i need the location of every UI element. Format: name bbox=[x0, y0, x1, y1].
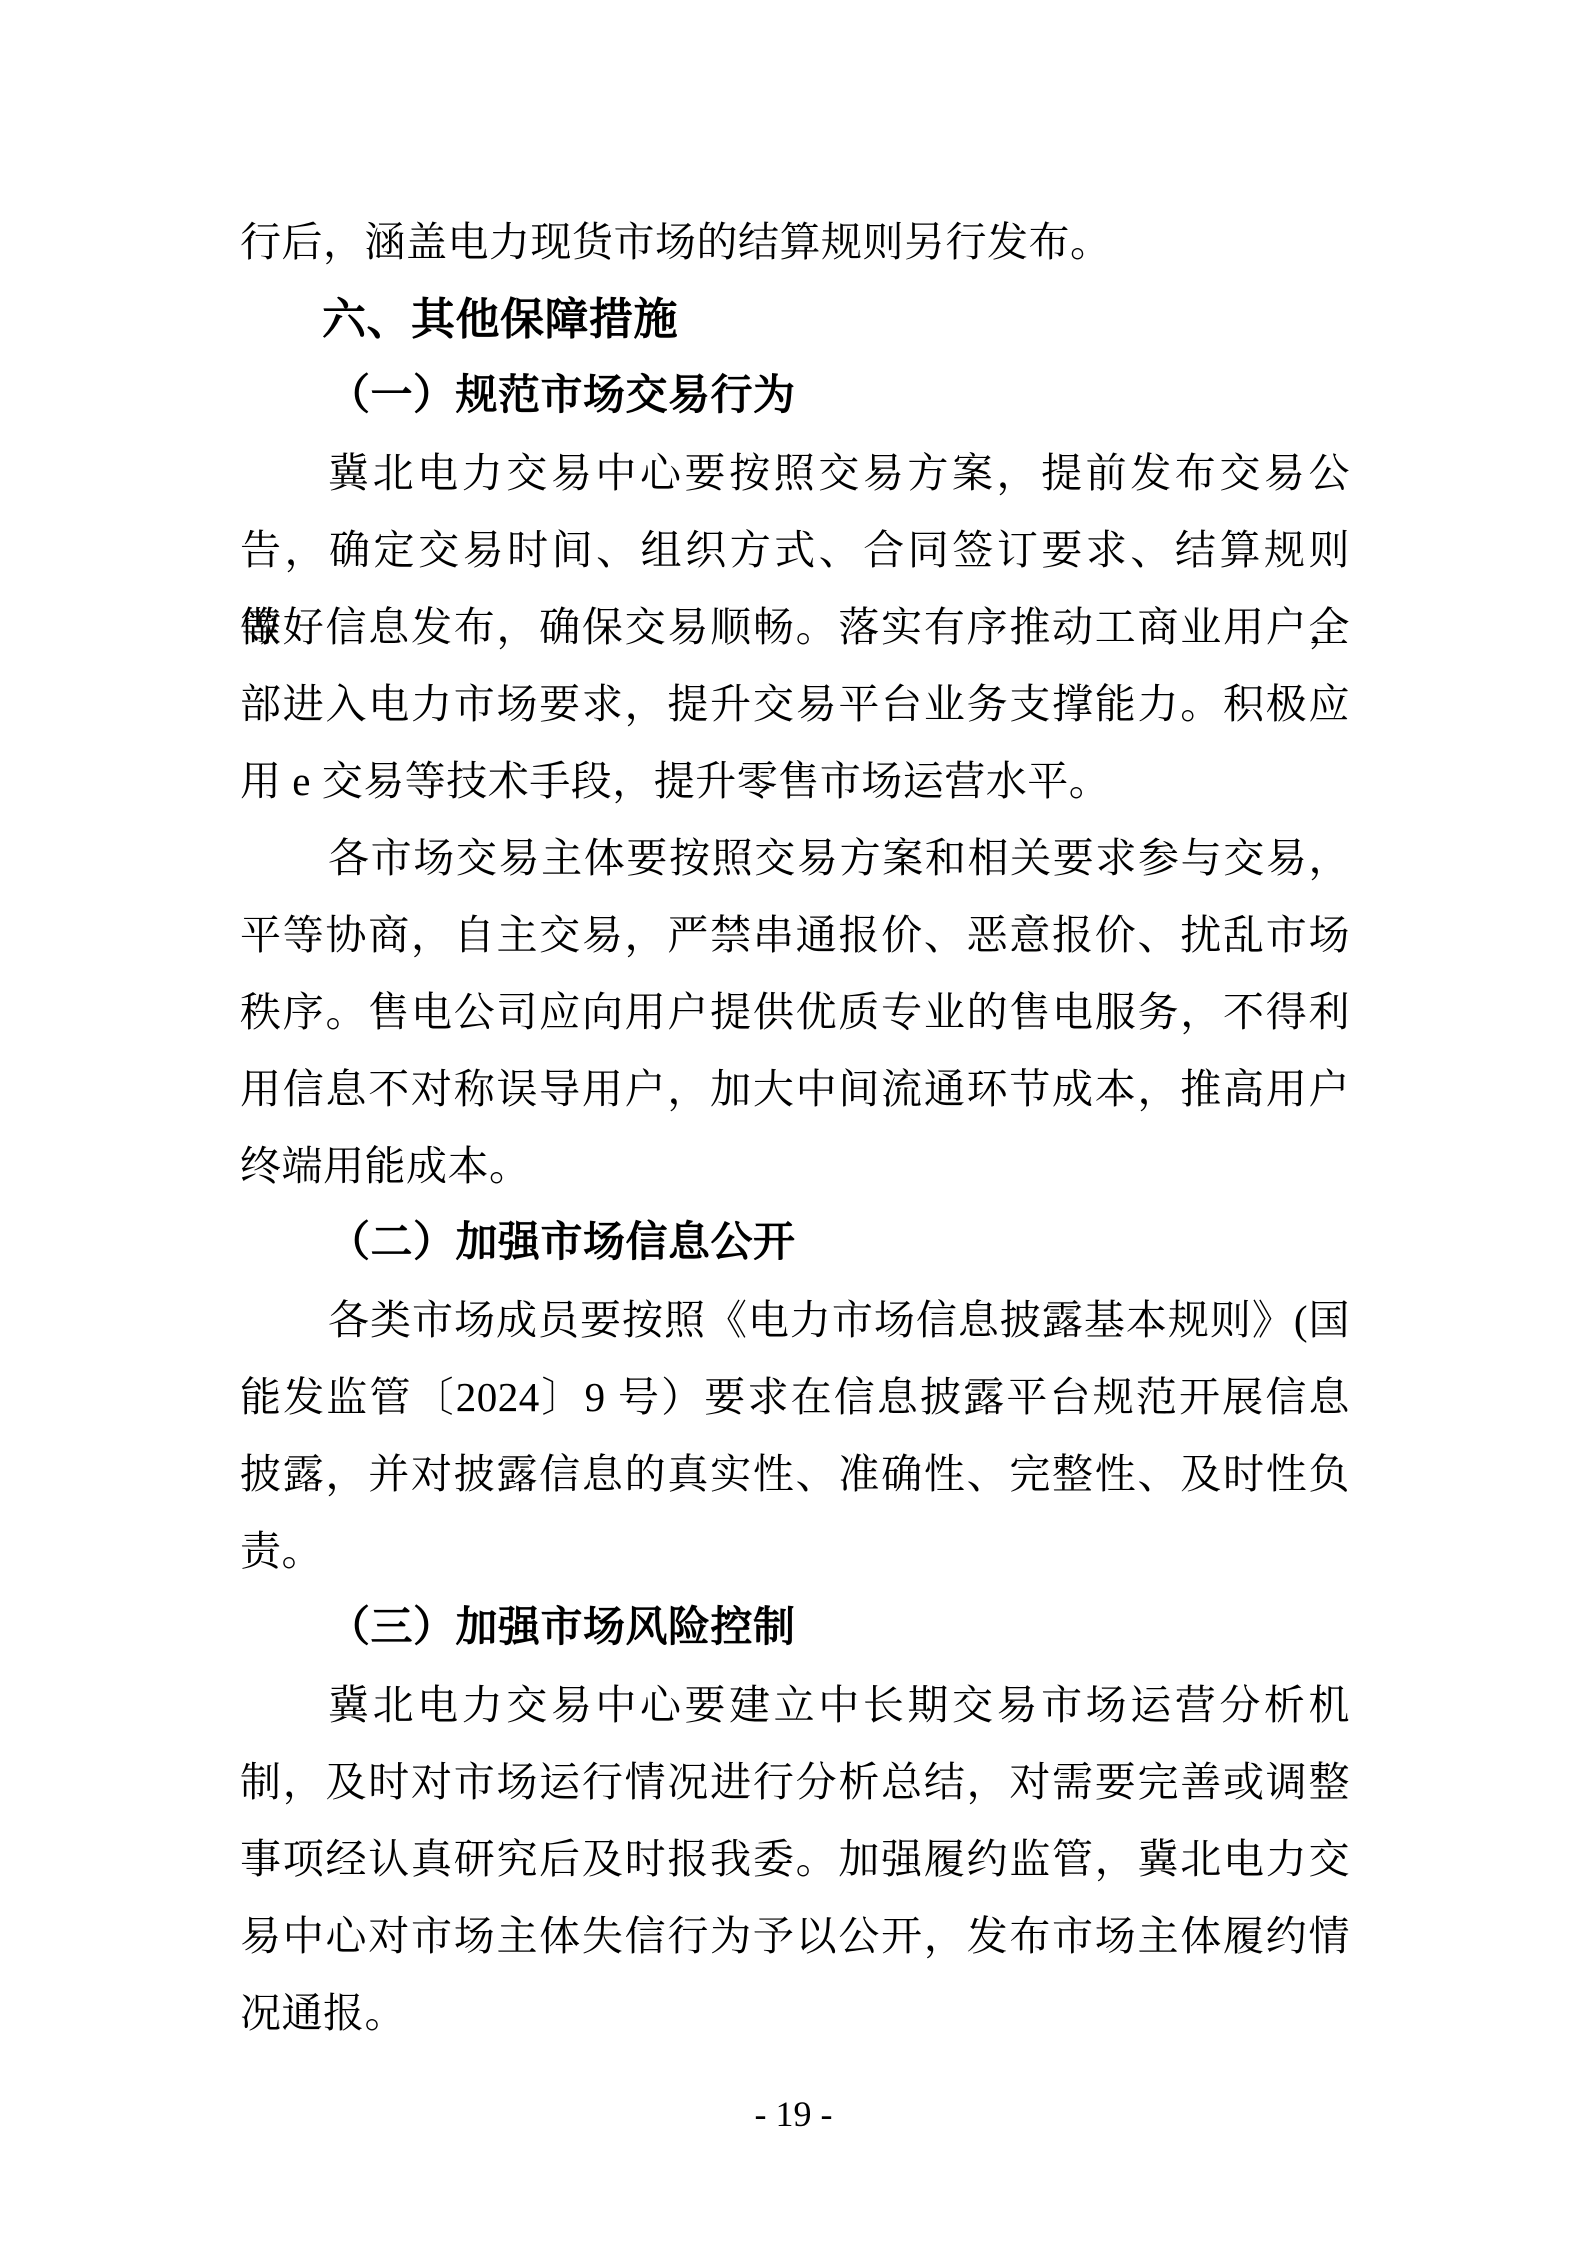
subsection-heading: （三）加强市场风险控制 bbox=[240, 1590, 1350, 1667]
section-heading: 六、其他保障措施 bbox=[240, 281, 1350, 358]
body-line: 披露，并对披露信息的真实性、准确性、完整性、及时性负 bbox=[240, 1436, 1350, 1513]
body-line: 易中心对市场主体失信行为予以公开，发布市场主体履约情 bbox=[240, 1898, 1350, 1975]
body-line: 各类市场成员要按照《电力市场信息披露基本规则》(国 bbox=[240, 1282, 1350, 1359]
body-line: 部进入电力市场要求，提升交易平台业务支撑能力。积极应 bbox=[240, 666, 1350, 743]
body-line: 平等协商，自主交易，严禁串通报价、恶意报价、扰乱市场 bbox=[240, 897, 1350, 974]
document-body: 行后，涵盖电力现货市场的结算规则另行发布。六、其他保障措施（一）规范市场交易行为… bbox=[240, 204, 1350, 2052]
page-number: - 19 - bbox=[0, 2092, 1587, 2136]
body-line: 告，确定交易时间、组织方式、合同签订要求、结算规则等， bbox=[240, 512, 1350, 589]
body-line: 制，及时对市场运行情况进行分析总结，对需要完善或调整 bbox=[240, 1744, 1350, 1821]
subsection-heading: （一）规范市场交易行为 bbox=[240, 358, 1350, 435]
body-line: 事项经认真研究后及时报我委。加强履约监管，冀北电力交 bbox=[240, 1821, 1350, 1898]
body-line: 各市场交易主体要按照交易方案和相关要求参与交易， bbox=[240, 820, 1350, 897]
body-line: 用 e 交易等技术手段，提升零售市场运营水平。 bbox=[240, 743, 1350, 820]
body-line: 能发监管〔2024〕9 号）要求在信息披露平台规范开展信息 bbox=[240, 1359, 1350, 1436]
body-line: 冀北电力交易中心要建立中长期交易市场运营分析机 bbox=[240, 1667, 1350, 1744]
body-line: 冀北电力交易中心要按照交易方案，提前发布交易公 bbox=[240, 435, 1350, 512]
body-line: 况通报。 bbox=[240, 1975, 1350, 2052]
body-line: 秩序。售电公司应向用户提供优质专业的售电服务，不得利 bbox=[240, 974, 1350, 1051]
body-line: 终端用能成本。 bbox=[240, 1128, 1350, 1205]
subsection-heading: （二）加强市场信息公开 bbox=[240, 1205, 1350, 1282]
body-line: 行后，涵盖电力现货市场的结算规则另行发布。 bbox=[240, 204, 1350, 281]
body-line: 做好信息发布，确保交易顺畅。落实有序推动工商业用户全 bbox=[240, 589, 1350, 666]
document-page: 行后，涵盖电力现货市场的结算规则另行发布。六、其他保障措施（一）规范市场交易行为… bbox=[0, 0, 1587, 2245]
body-line: 责。 bbox=[240, 1513, 1350, 1590]
body-line: 用信息不对称误导用户，加大中间流通环节成本，推高用户 bbox=[240, 1051, 1350, 1128]
